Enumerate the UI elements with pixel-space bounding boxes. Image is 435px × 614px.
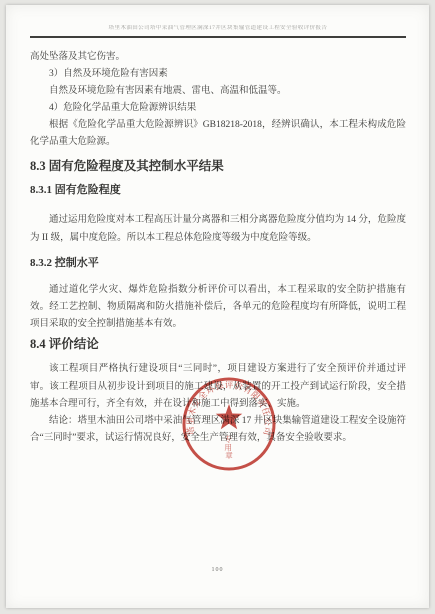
conclusion-paragraph: 结论：塔里木油田公司塔中采油气管理区满深 17 井区块集输管道建设工程安全设施符… xyxy=(30,413,406,447)
page-content: 塔里木油田公司塔中采油气管理区满深17井区块集输管道建设工程安全验收评价报告 高… xyxy=(6,5,429,447)
numbered-item-4: 4）危险化学品重大危险源辨识结果 xyxy=(30,100,406,117)
subheading-8-3-2: 8.3.2 控制水平 xyxy=(30,255,406,271)
body-text-line: 高处坠落及其它伤害。 xyxy=(30,49,406,66)
paragraph: 根据《危险化学品重大危险源辨识》GB18218-2018，经辨识确认，本工程未构… xyxy=(30,117,406,151)
paragraph: 通过道化学火灾、爆炸危险指数分析评价可以看出，本工程采取的安全防护措施有效。经工… xyxy=(30,282,406,334)
paragraph: 该工程项目严格执行建设项目“三同时”，项目建设方案进行了安全预评价并通过评审。该… xyxy=(30,361,406,413)
page-number: 100 xyxy=(6,567,429,573)
running-header-title: 塔里木油田公司塔中采油气管理区满深17井区块集输管道建设工程安全验收评价报告 xyxy=(30,25,406,32)
body-text-line: 自然及环境危险有害因素有地震、雷电、高温和低温等。 xyxy=(30,83,406,100)
section-heading-8-3: 8.3 固有危险程度及其控制水平结果 xyxy=(30,157,406,175)
section-heading-8-4: 8.4 评价结论 xyxy=(30,335,406,353)
numbered-item-3: 3）自然及环境危险有害因素 xyxy=(30,66,406,83)
document-page: 塔里木油田公司塔中采油气管理区满深17井区块集输管道建设工程安全验收评价报告 高… xyxy=(6,5,429,608)
document-body: 高处坠落及其它伤害。 3）自然及环境危险有害因素 自然及环境危险有害因素有地震、… xyxy=(30,49,406,447)
paragraph: 通过运用危险度对本工程高压计量分离器和三相分离器危险度分值均为 14 分，危险度… xyxy=(30,212,406,246)
subheading-8-3-1: 8.3.1 固有危险程度 xyxy=(30,182,406,198)
scanned-report-page: { "header": { "running_title": "塔里木油田公司塔… xyxy=(0,0,435,614)
header-rule xyxy=(30,36,406,38)
